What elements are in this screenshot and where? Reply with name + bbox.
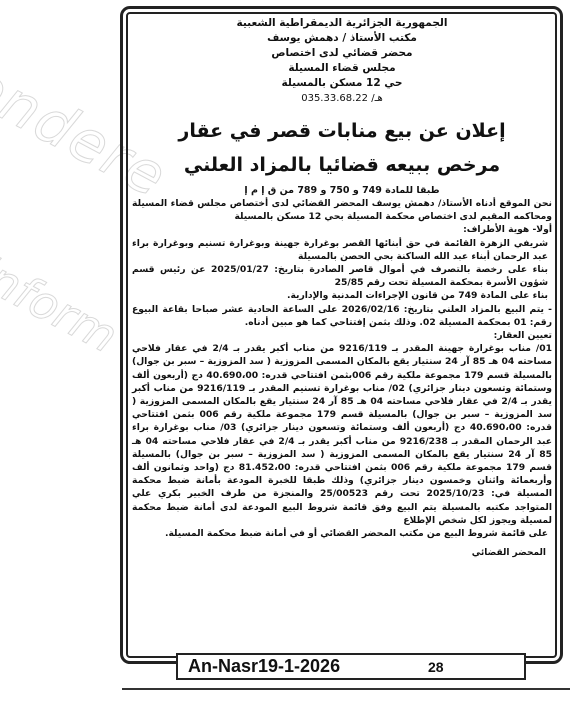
header-line: حي 12 مسكن بالمسيلة: [132, 76, 552, 91]
bottom-rule: [122, 688, 570, 690]
watermark-line: de l'inform: [0, 199, 126, 363]
title-line: إعلان عن بيع منابات قصر في عقار: [132, 114, 552, 148]
header-line: مجلس قضاء المسيلة: [132, 61, 552, 76]
body-paragraph: على قائمة شروط البيع من مكتب المحضر القض…: [132, 527, 552, 540]
body-paragraph: بناء على رخصة بالتصرف في أموال قاصر الصا…: [132, 263, 552, 289]
property-description: 01/ مناب بوغرارة جهينة المقدر بـ 9216/11…: [132, 342, 552, 527]
section-heading: تعيين العقار:: [132, 329, 552, 342]
office-header: الجمهورية الجزائرية الديمقراطية الشعبية …: [132, 16, 552, 106]
publication-footer: An-Nasr19-1-2026 28: [176, 653, 526, 680]
body-paragraph: بناء على المادة 749 من قانون الإجراءات ا…: [132, 289, 552, 302]
page-number: 28: [428, 659, 444, 675]
body-paragraph: - يتم البيع بالمزاد العلني بتاريخ: 2026/…: [132, 303, 552, 329]
watermark-line: ique en: [0, 238, 5, 366]
body-paragraph: نحن الموقع أدناه الأستاذ/ دهمش يوسف المح…: [132, 197, 552, 223]
header-line: الجمهورية الجزائرية الديمقراطية الشعبية: [132, 16, 552, 31]
header-line: محضر قضائي لدى اختصاص: [132, 46, 552, 61]
announcement-body: نحن الموقع أدناه الأستاذ/ دهمش يوسف المح…: [132, 197, 552, 540]
section-heading: أولا- هوية الأطراف:: [132, 223, 552, 236]
legal-basis: طبقا للمادة 749 و 750 و 789 من ق إ م إ: [132, 184, 552, 197]
announcement-title: إعلان عن بيع منابات قصر في عقار مرخص ببي…: [132, 114, 552, 182]
title-line: مرخص ببيعه قضائيا بالمزاد العلني: [132, 148, 552, 182]
phone-number: هـ/ 035.33.68.22: [132, 91, 552, 106]
publication-label: An-Nasr19-1-2026: [178, 656, 428, 677]
header-line: مكتب الأستاذ / دهمش يوسف: [132, 31, 552, 46]
body-paragraph: شريفي الزهرة القائمة في حق أبنائها القصر…: [132, 237, 552, 263]
signature: المحضر القضائي: [132, 548, 552, 558]
announcement-content: الجمهورية الجزائرية الديمقراطية الشعبية …: [132, 16, 552, 646]
